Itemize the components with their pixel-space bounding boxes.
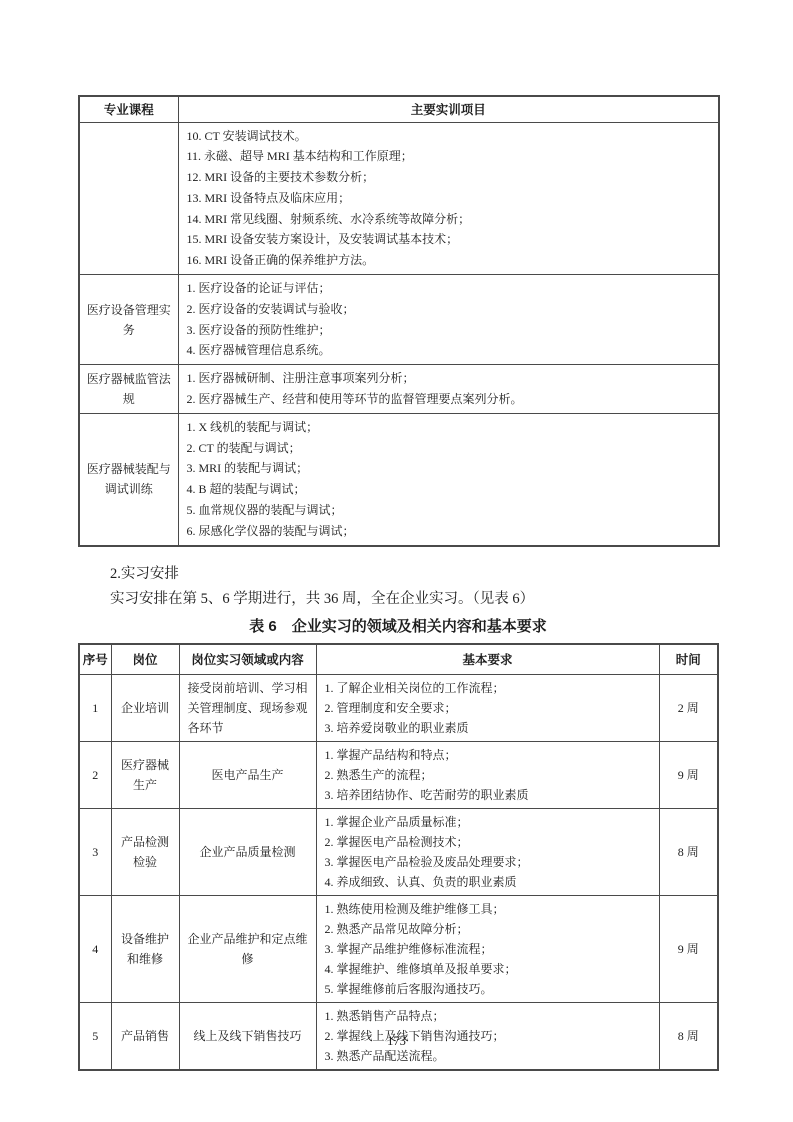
requirement-item: 4. 掌握维护、维修填单及报单要求；	[325, 959, 651, 979]
project-item: 1. 医疗设备的论证与评估；	[187, 278, 711, 299]
requirement-item: 1. 掌握企业产品质量标准；	[325, 812, 651, 832]
requirement-item: 1. 熟悉销售产品特点；	[325, 1006, 651, 1026]
document-page: 专业课程 主要实训项目 10. CT 安装调试技术。11. 永磁、超导 MRI …	[78, 95, 718, 1071]
project-item: 4. B 超的装配与调试；	[187, 479, 711, 500]
post-cell: 设备维护和维修	[111, 896, 179, 1003]
table2-header-area: 岗位实习领域或内容	[179, 644, 316, 675]
project-item: 16. MRI 设备正确的保养维护方法。	[187, 250, 711, 271]
project-item: 15. MRI 设备安装方案设计，及安装调试基本技术；	[187, 229, 711, 250]
table2-body: 1企业培训接受岗前培训、学习相关管理制度、现场参观各环节1. 了解企业相关岗位的…	[79, 675, 718, 1071]
requirement-item: 3. 掌握医电产品检验及废品处理要求；	[325, 852, 651, 872]
area-cell: 企业产品质量检测	[179, 809, 316, 896]
requirements-cell: 1. 熟练使用检测及维护维修工具；2. 熟悉产品常见故障分析；3. 掌握产品维护…	[316, 896, 659, 1003]
table1-body: 10. CT 安装调试技术。11. 永磁、超导 MRI 基本结构和工作原理；12…	[79, 122, 719, 546]
table6-title: 表 6 企业实习的领域及相关内容和基本要求	[78, 616, 718, 638]
area-cell: 企业产品维护和定点维修	[179, 896, 316, 1003]
requirement-item: 1. 了解企业相关岗位的工作流程；	[325, 678, 651, 698]
course-cell: 医疗设备管理实务	[79, 275, 178, 365]
section-heading: 2.实习安排	[78, 564, 718, 584]
post-cell: 企业培训	[111, 675, 179, 742]
course-cell	[79, 122, 178, 275]
area-cell: 接受岗前培训、学习相关管理制度、现场参观各环节	[179, 675, 316, 742]
table2-row: 1企业培训接受岗前培训、学习相关管理制度、现场参观各环节1. 了解企业相关岗位的…	[79, 675, 718, 742]
table1-header-projects: 主要实训项目	[178, 96, 719, 122]
requirement-item: 2. 管理制度和安全要求；	[325, 698, 651, 718]
project-item: 4. 医疗器械管理信息系统。	[187, 340, 711, 361]
requirement-item: 4. 养成细致、认真、负责的职业素质	[325, 872, 651, 892]
projects-cell: 1. 医疗器械研制、注册注意事项案列分析；2. 医疗器械生产、经营和使用等环节的…	[178, 365, 719, 414]
project-item: 1. 医疗器械研制、注册注意事项案列分析；	[187, 368, 711, 389]
internship-table: 序号 岗位 岗位实习领域或内容 基本要求 时间 1企业培训接受岗前培训、学习相关…	[78, 643, 719, 1072]
project-item: 2. 医疗设备的安装调试与验收；	[187, 299, 711, 320]
project-item: 14. MRI 常见线圈、射频系统、水冷系统等故障分析；	[187, 209, 711, 230]
table2-header-requirements: 基本要求	[316, 644, 659, 675]
project-item: 2. 医疗器械生产、经营和使用等环节的监督管理要点案列分析。	[187, 389, 711, 410]
row-number-cell: 3	[79, 809, 111, 896]
page-number: 173	[0, 1034, 793, 1049]
requirement-item: 5. 掌握维修前后客服沟通技巧。	[325, 979, 651, 999]
project-item: 13. MRI 设备特点及临床应用；	[187, 188, 711, 209]
project-item: 11. 永磁、超导 MRI 基本结构和工作原理；	[187, 146, 711, 167]
row-number-cell: 1	[79, 675, 111, 742]
table2-row: 3产品检测检验企业产品质量检测1. 掌握企业产品质量标准；2. 掌握医电产品检测…	[79, 809, 718, 896]
requirement-item: 3. 培养爱岗敬业的职业素质	[325, 718, 651, 738]
duration-cell: 9 周	[659, 742, 718, 809]
table2-header-row: 序号 岗位 岗位实习领域或内容 基本要求 时间	[79, 644, 718, 675]
requirement-item: 1. 掌握产品结构和特点；	[325, 745, 651, 765]
requirement-item: 2. 掌握医电产品检测技术；	[325, 832, 651, 852]
table2-header-post: 岗位	[111, 644, 179, 675]
post-cell: 产品检测检验	[111, 809, 179, 896]
table2-header-time: 时间	[659, 644, 718, 675]
duration-cell: 9 周	[659, 896, 718, 1003]
row-number-cell: 4	[79, 896, 111, 1003]
table1-header-row: 专业课程 主要实训项目	[79, 96, 719, 122]
section-paragraph: 实习安排在第 5、6 学期进行，共 36 周，全在企业实习。（见表 6）	[78, 589, 718, 609]
project-item: 3. 医疗设备的预防性维护；	[187, 320, 711, 341]
course-cell: 医疗器械监管法规	[79, 365, 178, 414]
post-cell: 医疗器械生产	[111, 742, 179, 809]
requirement-item: 1. 熟练使用检测及维护维修工具；	[325, 899, 651, 919]
project-item: 1. X 线机的装配与调试；	[187, 417, 711, 438]
projects-cell: 1. 医疗设备的论证与评估；2. 医疗设备的安装调试与验收；3. 医疗设备的预防…	[178, 275, 719, 365]
project-item: 5. 血常规仪器的装配与调试；	[187, 500, 711, 521]
duration-cell: 8 周	[659, 809, 718, 896]
training-projects-table: 专业课程 主要实训项目 10. CT 安装调试技术。11. 永磁、超导 MRI …	[78, 95, 720, 547]
table2-row: 4设备维护和维修企业产品维护和定点维修1. 熟练使用检测及维护维修工具；2. 熟…	[79, 896, 718, 1003]
projects-cell: 1. X 线机的装配与调试；2. CT 的装配与调试；3. MRI 的装配与调试…	[178, 413, 719, 545]
table1-row: 医疗设备管理实务1. 医疗设备的论证与评估；2. 医疗设备的安装调试与验收；3.…	[79, 275, 719, 365]
area-cell: 医电产品生产	[179, 742, 316, 809]
project-item: 6. 尿感化学仪器的装配与调试；	[187, 521, 711, 542]
requirements-cell: 1. 掌握产品结构和特点；2. 熟悉生产的流程；3. 培养团结协作、吃苦耐劳的职…	[316, 742, 659, 809]
project-item: 2. CT 的装配与调试；	[187, 438, 711, 459]
requirement-item: 3. 熟悉产品配送流程。	[325, 1046, 651, 1066]
project-item: 3. MRI 的装配与调试；	[187, 458, 711, 479]
requirement-item: 3. 培养团结协作、吃苦耐劳的职业素质	[325, 785, 651, 805]
course-cell: 医疗器械装配与调试训练	[79, 413, 178, 545]
requirement-item: 2. 熟悉生产的流程；	[325, 765, 651, 785]
requirements-cell: 1. 了解企业相关岗位的工作流程；2. 管理制度和安全要求；3. 培养爱岗敬业的…	[316, 675, 659, 742]
project-item: 12. MRI 设备的主要技术参数分析；	[187, 167, 711, 188]
table1-row: 医疗器械监管法规1. 医疗器械研制、注册注意事项案列分析；2. 医疗器械生产、经…	[79, 365, 719, 414]
table2-row: 2医疗器械生产医电产品生产1. 掌握产品结构和特点；2. 熟悉生产的流程；3. …	[79, 742, 718, 809]
row-number-cell: 2	[79, 742, 111, 809]
table1-row: 医疗器械装配与调试训练1. X 线机的装配与调试；2. CT 的装配与调试；3.…	[79, 413, 719, 545]
project-item: 10. CT 安装调试技术。	[187, 126, 711, 147]
projects-cell: 10. CT 安装调试技术。11. 永磁、超导 MRI 基本结构和工作原理；12…	[178, 122, 719, 275]
requirement-item: 3. 掌握产品维护维修标准流程；	[325, 939, 651, 959]
table1-header-course: 专业课程	[79, 96, 178, 122]
table1-row: 10. CT 安装调试技术。11. 永磁、超导 MRI 基本结构和工作原理；12…	[79, 122, 719, 275]
duration-cell: 2 周	[659, 675, 718, 742]
requirement-item: 2. 熟悉产品常见故障分析；	[325, 919, 651, 939]
requirements-cell: 1. 掌握企业产品质量标准；2. 掌握医电产品检测技术；3. 掌握医电产品检验及…	[316, 809, 659, 896]
table2-header-no: 序号	[79, 644, 111, 675]
